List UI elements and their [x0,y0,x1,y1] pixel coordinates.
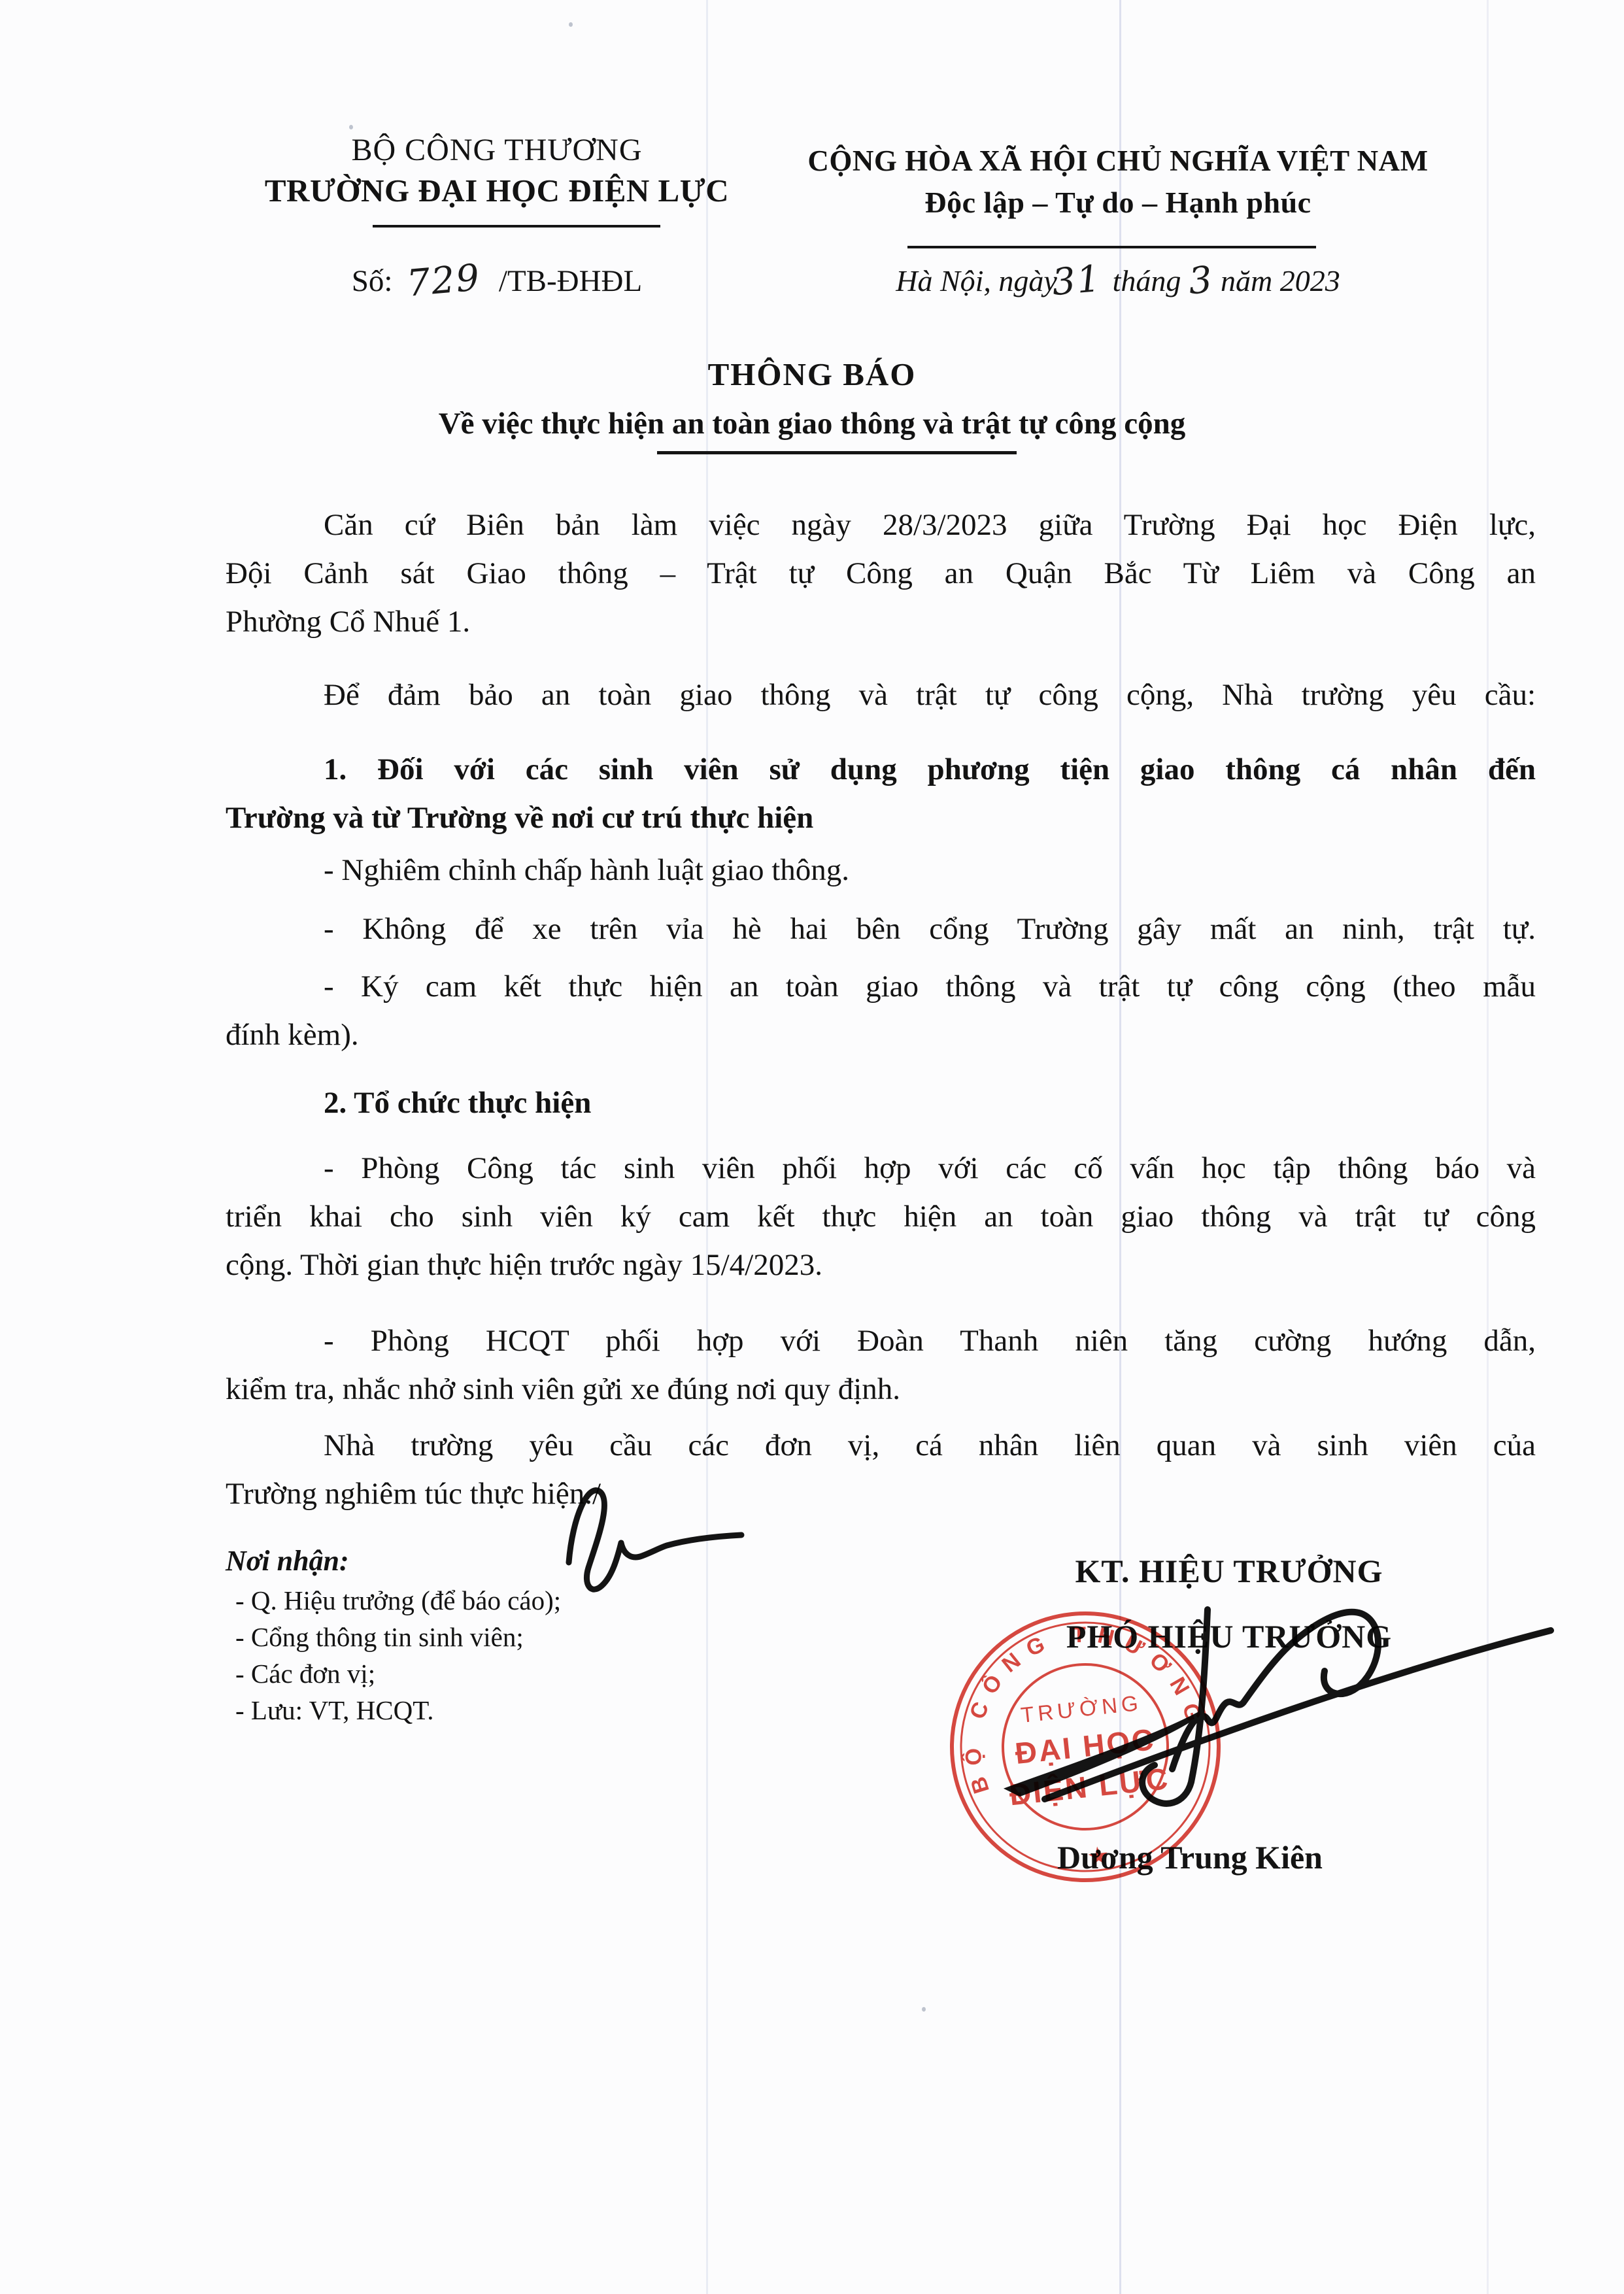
heading-line: 1. Đối với các sinh viên sử dụng phương … [226,745,1536,794]
bullet-line: - Không để xe trên vỉa hè hai bên cổng T… [226,905,1536,953]
recipient-item: - Cổng thông tin sinh viên; [235,1619,561,1655]
scan-speck [922,2007,926,2012]
motto-rule [907,246,1316,248]
recipient-item: - Các đơn vị; [235,1655,561,1692]
recipient-item: - Q. Hiệu trưởng (để báo cáo); [235,1582,561,1619]
signature [941,1569,1595,1844]
bullet-line: - Phòng HCQT phối hợp với Đoàn Thanh niê… [226,1317,1536,1365]
issuing-agency-block: BỘ CÔNG THƯƠNG TRƯỜNG ĐẠI HỌC ĐIỆN LỰC [216,131,778,212]
bullet-line: - Nghiêm chỉnh chấp hành luật giao thông… [226,846,1536,894]
number-suffix: /TB-ĐHĐL [499,264,642,298]
national-motto-line2: Độc lập – Tự do – Hạnh phúc [765,179,1471,226]
body-line: Căn cứ Biên bản làm việc ngày 28/3/2023 … [226,501,1536,549]
school-name-rule [373,225,660,228]
body-line: Phường Cổ Nhuế 1. [226,598,1536,646]
place-date-line: Hà Nội, ngày31 tháng 3 năm 2023 [765,256,1471,304]
national-header-block: CỘNG HÒA XÃ HỘI CHỦ NGHĨA VIỆT NAM Độc l… [765,143,1471,226]
section-2-heading: 2. Tổ chức thực hiện [226,1079,1536,1127]
number-label: Số: [352,264,393,298]
document-subject: Về việc thực hiện an toàn giao thông và … [0,404,1624,443]
ministry-name: BỘ CÔNG THƯƠNG [216,131,778,170]
document-page: BỘ CÔNG THƯƠNG TRƯỜNG ĐẠI HỌC ĐIỆN LỰC S… [0,0,1624,2294]
paragraph-basis: Căn cứ Biên bản làm việc ngày 28/3/2023 … [226,501,1536,646]
school-name: TRƯỜNG ĐẠI HỌC ĐIỆN LỰC [216,170,778,212]
recipient-item: - Lưu: VT, HCQT. [235,1692,561,1729]
recipients-list: - Q. Hiệu trưởng (để báo cáo); - Cổng th… [235,1582,561,1729]
month-label: tháng [1113,264,1181,297]
recipients-label: Nơi nhận: [226,1543,349,1579]
scan-speck [569,22,573,27]
bullet-line: triển khai cho sinh viên ký cam kết thực… [226,1192,1536,1241]
section-1-heading: 1. Đối với các sinh viên sử dụng phương … [226,745,1536,842]
heading-line: 2. Tổ chức thực hiện [226,1079,1536,1127]
bullet-sign-commitment: - Ký cam kết thực hiện an toàn giao thôn… [226,962,1536,1059]
bullet-no-parking: - Không để xe trên vỉa hè hai bên cổng T… [226,905,1536,953]
bullet-line: kiểm tra, nhắc nhở sinh viên gửi xe đúng… [226,1365,1536,1413]
handwritten-document-number: 729 [405,255,483,307]
title-rule [657,451,1017,454]
bullet-line: đính kèm). [226,1011,1536,1059]
star-icon: ★ [1086,1842,1111,1871]
year-label: năm 2023 [1221,264,1340,297]
initials-signature [543,1464,765,1615]
bullet-student-affairs: - Phòng Công tác sinh viên phối hợp với … [226,1144,1536,1289]
handwritten-month: 3 [1187,257,1215,305]
body-line: Trường nghiêm túc thực hiện./ [226,1470,1536,1518]
bullet-hcqt: - Phòng HCQT phối hợp với Đoàn Thanh niê… [226,1317,1536,1413]
bullet-line: cộng. Thời gian thực hiện trước ngày 15/… [226,1241,1536,1289]
paragraph-closing: Nhà trường yêu cầu các đơn vị, cá nhân l… [226,1421,1536,1518]
scan-speck [349,125,353,129]
heading-line: Trường và từ Trường về nơi cư trú thực h… [226,794,1536,842]
body-line: Đội Cảnh sát Giao thông – Trật tự Công a… [226,549,1536,598]
body-line: Nhà trường yêu cầu các đơn vị, cá nhân l… [226,1421,1536,1470]
place-prefix: Hà Nội, ngày [896,264,1057,297]
document-title: THÔNG BÁO [0,356,1624,394]
document-number-line: Số: 729 /TB-ĐHĐL [216,256,778,304]
national-motto-line1: CỘNG HÒA XÃ HỘI CHỦ NGHĨA VIỆT NAM [765,143,1471,179]
paragraph-request: Để đảm bảo an toàn giao thông và trật tự… [226,671,1536,719]
bullet-line: - Phòng Công tác sinh viên phối hợp với … [226,1144,1536,1192]
bullet-line: - Ký cam kết thực hiện an toàn giao thôn… [226,962,1536,1011]
handwritten-day: 31 [1050,256,1103,306]
body-line: Để đảm bảo an toàn giao thông và trật tự… [226,671,1536,719]
bullet-obey-law: - Nghiêm chỉnh chấp hành luật giao thông… [226,846,1536,894]
